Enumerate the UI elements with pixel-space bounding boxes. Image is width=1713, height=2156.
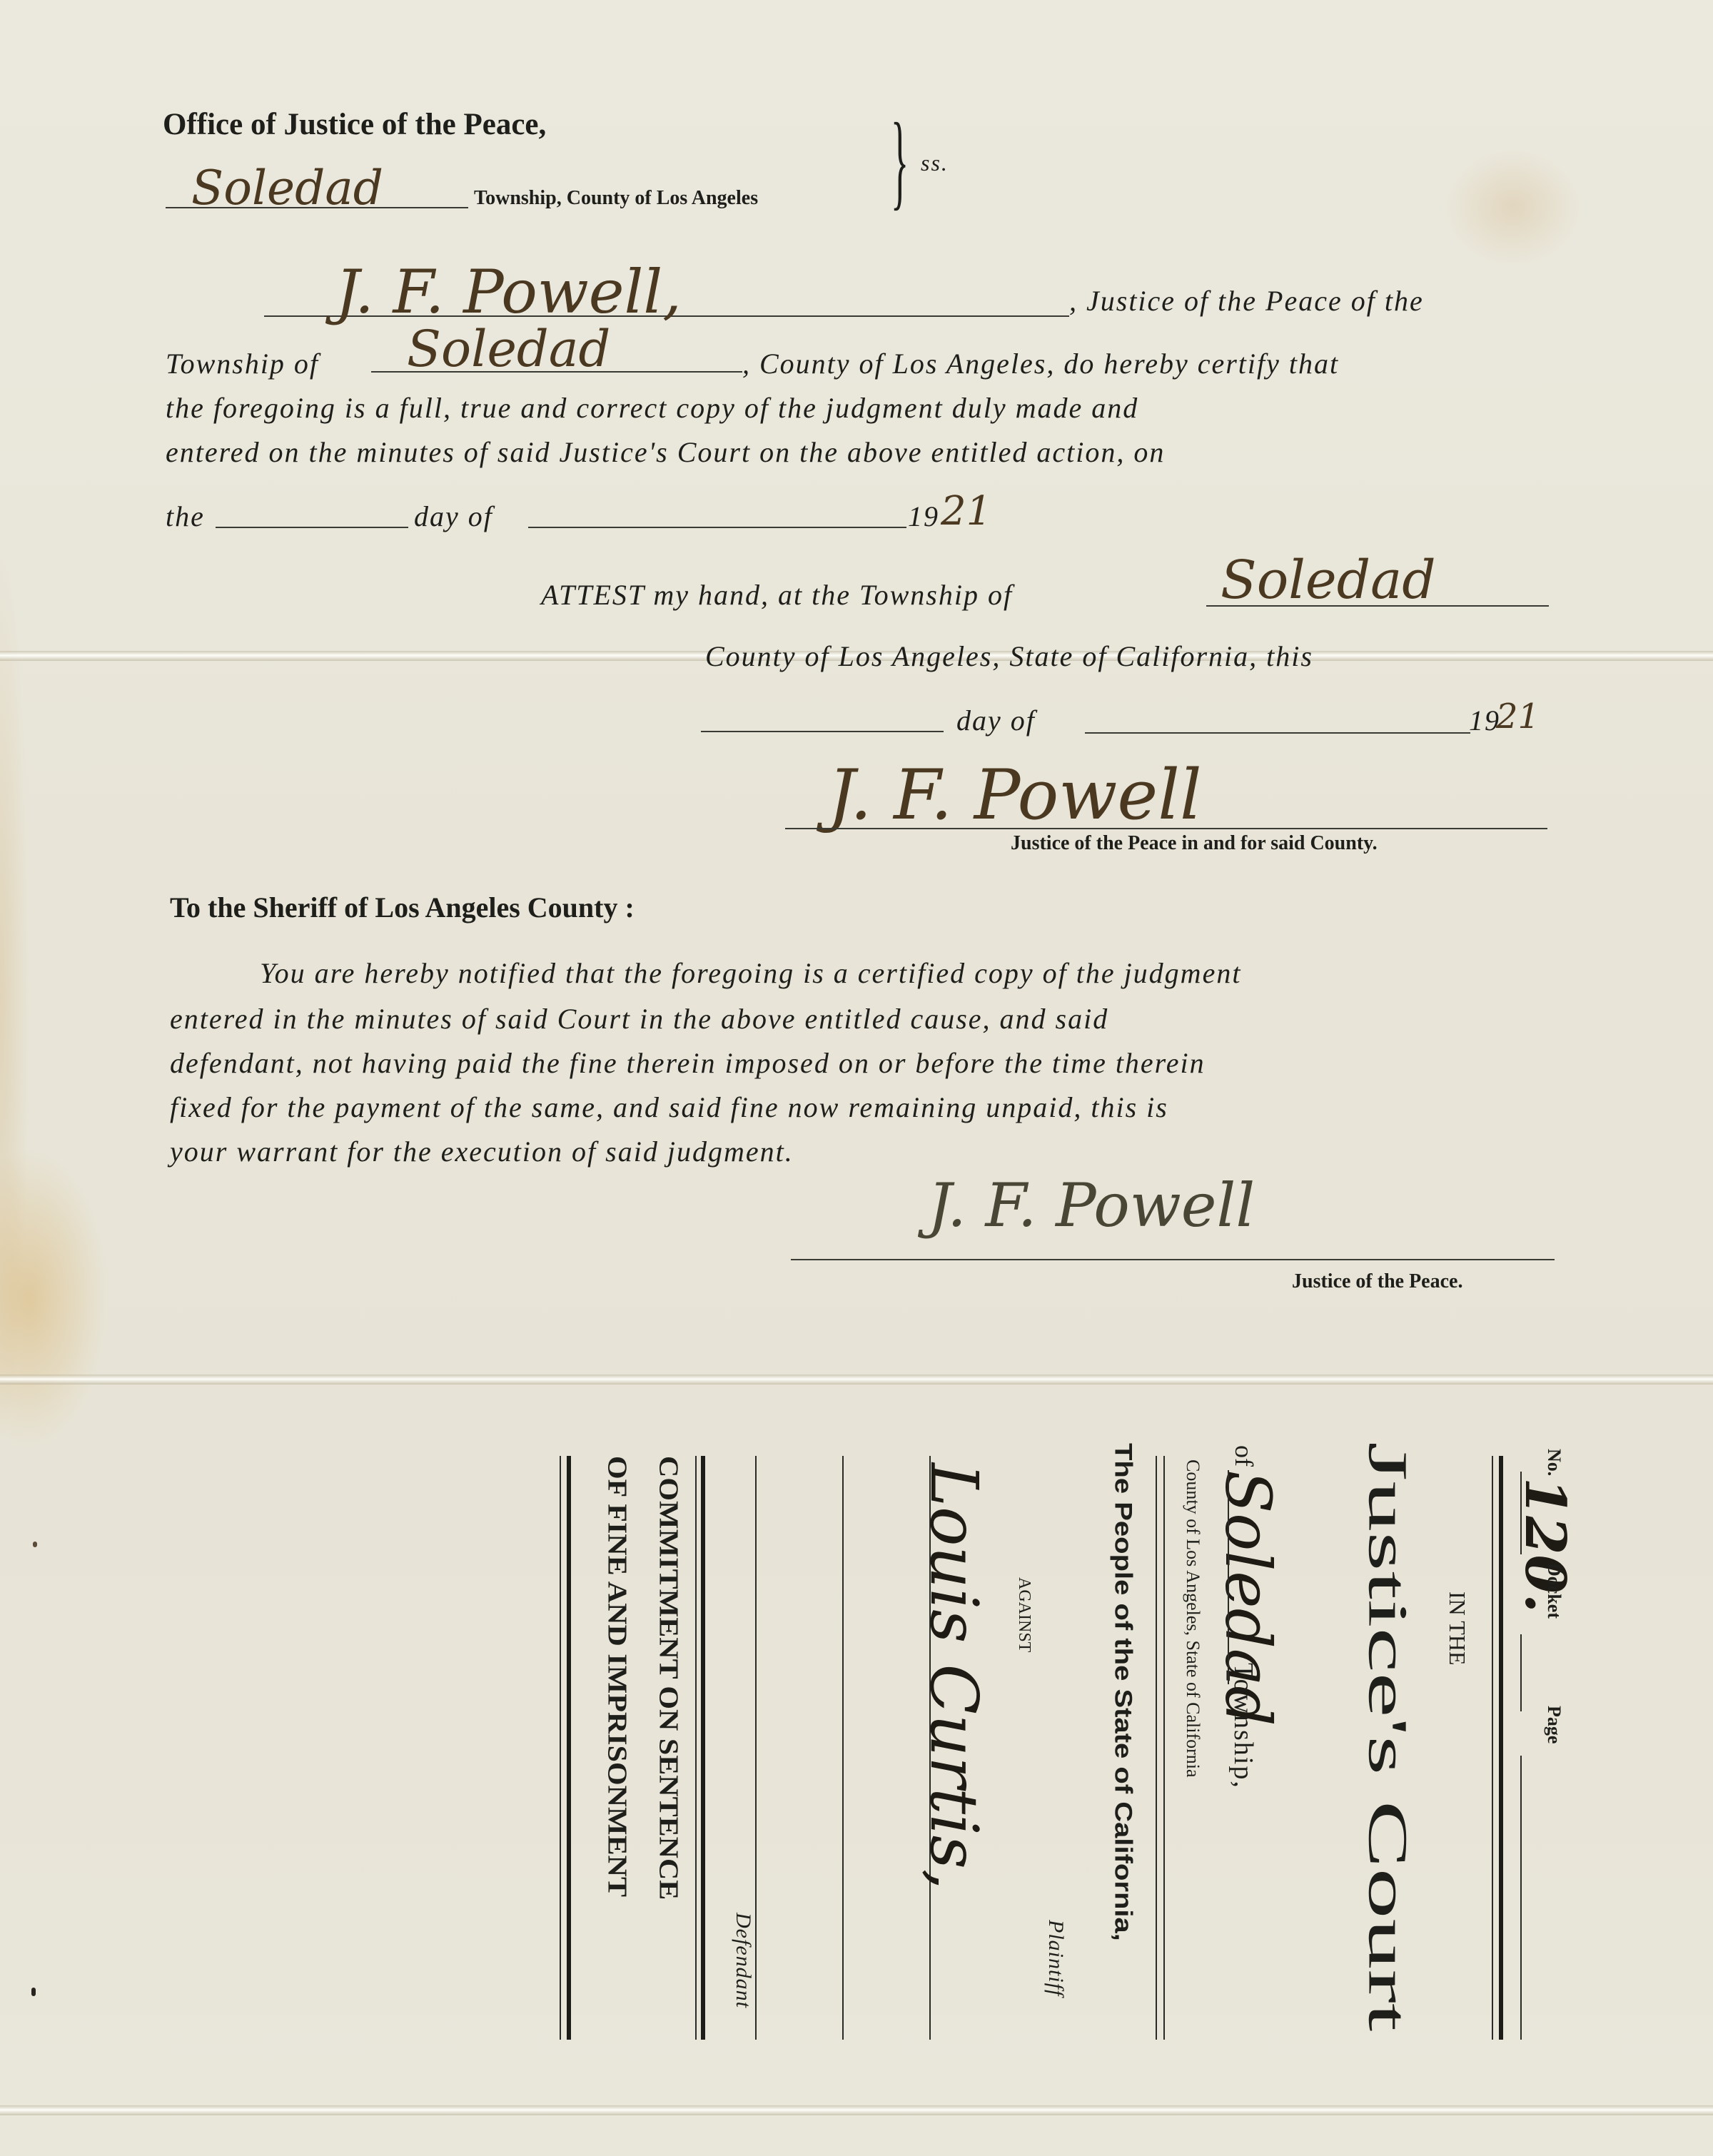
attest-day-line bbox=[701, 731, 944, 732]
date-day-of: day of bbox=[414, 500, 493, 533]
date-the: the bbox=[166, 500, 205, 533]
panel-township-line bbox=[1228, 1470, 1229, 1684]
justice-name-handwritten: J. F. Powell, bbox=[335, 257, 682, 327]
ink-speck bbox=[31, 1988, 36, 1996]
defendant-label: Defendant bbox=[731, 1913, 755, 2008]
panel-township-label: Township, bbox=[1228, 1663, 1259, 1789]
fold-crease-2 bbox=[0, 1375, 1713, 1385]
sheriff-line-3: defendant, not having paid the fine ther… bbox=[170, 1046, 1206, 1080]
sheriff-line-1: You are hereby notified that the foregoi… bbox=[260, 956, 1241, 990]
panel-rule-court-2 bbox=[1163, 1456, 1165, 2040]
plaintiff-label: Plaintiff bbox=[1044, 1920, 1068, 1996]
office-label: Office of Justice of the Peace, bbox=[163, 107, 546, 142]
doc-title-line-1: COMMITMENT ON SENTENCE bbox=[653, 1456, 684, 1900]
ss-label: ss. bbox=[921, 150, 949, 176]
brace: } bbox=[891, 107, 909, 214]
ink-speck bbox=[33, 1542, 37, 1547]
attest-township-handwritten: Soledad bbox=[1221, 550, 1436, 611]
docket-number-line bbox=[1520, 1472, 1522, 1554]
fold-crease-3 bbox=[0, 2105, 1713, 2115]
sheriff-line-5: your warrant for the execution of said j… bbox=[170, 1135, 794, 1168]
page-blank-line bbox=[1520, 1756, 1522, 2040]
panel-of-label: of bbox=[1229, 1445, 1259, 1467]
panel-rule-court-1 bbox=[1156, 1456, 1157, 2040]
attest-line-1: ATTEST my hand, at the Township of bbox=[541, 578, 1013, 612]
sheriff-line-4: fixed for the payment of the same, and s… bbox=[170, 1090, 1168, 1124]
attest-signature-caption: Justice of the Peace in and for said Cou… bbox=[1011, 832, 1378, 855]
justice-suffix: , Justice of the Peace of the bbox=[1069, 284, 1424, 318]
attest-day-of: day of bbox=[956, 704, 1036, 737]
attest-signature: J. F. Powell bbox=[828, 755, 1202, 835]
panel-rule-title-right-thick bbox=[701, 1456, 705, 2040]
township-prefix: Township of bbox=[166, 347, 319, 380]
venue-township-line bbox=[166, 207, 468, 208]
certify-line-4: entered on the minutes of said Justice's… bbox=[166, 435, 1165, 469]
in-the-label: IN THE bbox=[1444, 1591, 1470, 1665]
sheriff-signature-line bbox=[791, 1259, 1555, 1260]
defendant-name-handwritten: Louis Curtis, bbox=[916, 1463, 992, 1890]
sheriff-line-2: entered in the minutes of said Court in … bbox=[170, 1002, 1108, 1036]
sheriff-signature: J. F. Powell bbox=[928, 1170, 1255, 1240]
docket-label: Docket bbox=[1543, 1563, 1565, 1619]
page-label: Page bbox=[1543, 1706, 1565, 1743]
township-handwritten: Soledad bbox=[407, 320, 610, 378]
against-label: AGAINST bbox=[1014, 1577, 1034, 1652]
panel-rule-blank bbox=[842, 1456, 844, 2040]
certify-line-3: the foregoing is a full, true and correc… bbox=[166, 391, 1138, 425]
date-month-line bbox=[528, 527, 906, 528]
panel-county-state: County of Los Angeles, State of Californ… bbox=[1182, 1459, 1203, 1778]
sheriff-heading: To the Sheriff of Los Angeles County : bbox=[170, 891, 635, 924]
attest-signature-line bbox=[785, 828, 1547, 829]
panel-rule-left-thick bbox=[567, 1456, 571, 2040]
plaintiff-name: The People of the State of California, bbox=[1109, 1443, 1136, 1941]
attest-month-line bbox=[1085, 732, 1470, 734]
attest-year-handwritten: 21 bbox=[1496, 697, 1540, 737]
panel-rule-left-outer bbox=[560, 1456, 561, 2040]
sheriff-signature-caption: Justice of the Peace. bbox=[1292, 1270, 1462, 1293]
certify-line-2: , County of Los Angeles, do hereby certi… bbox=[742, 347, 1339, 380]
panel-rule-defendant bbox=[755, 1456, 757, 2040]
date-year-handwritten: 21 bbox=[941, 488, 991, 535]
date-year-printed: 19 bbox=[908, 500, 939, 533]
doc-title-line-2: OF FINE AND IMPRISONMENT bbox=[602, 1456, 632, 1897]
court-title: Justice's Court bbox=[1356, 1442, 1420, 2031]
date-day-line bbox=[216, 527, 408, 528]
venue-township-suffix: Township, County of Los Angeles bbox=[474, 187, 758, 210]
panel-rule-docket-thick bbox=[1499, 1456, 1503, 2040]
docket-blank-line bbox=[1520, 1634, 1522, 1711]
panel-rule-title-right bbox=[695, 1456, 697, 2040]
docket-no-label: No. bbox=[1543, 1449, 1565, 1476]
attest-line-2: County of Los Angeles, State of Californ… bbox=[705, 639, 1313, 673]
panel-rule-docket-1 bbox=[1492, 1456, 1493, 2040]
